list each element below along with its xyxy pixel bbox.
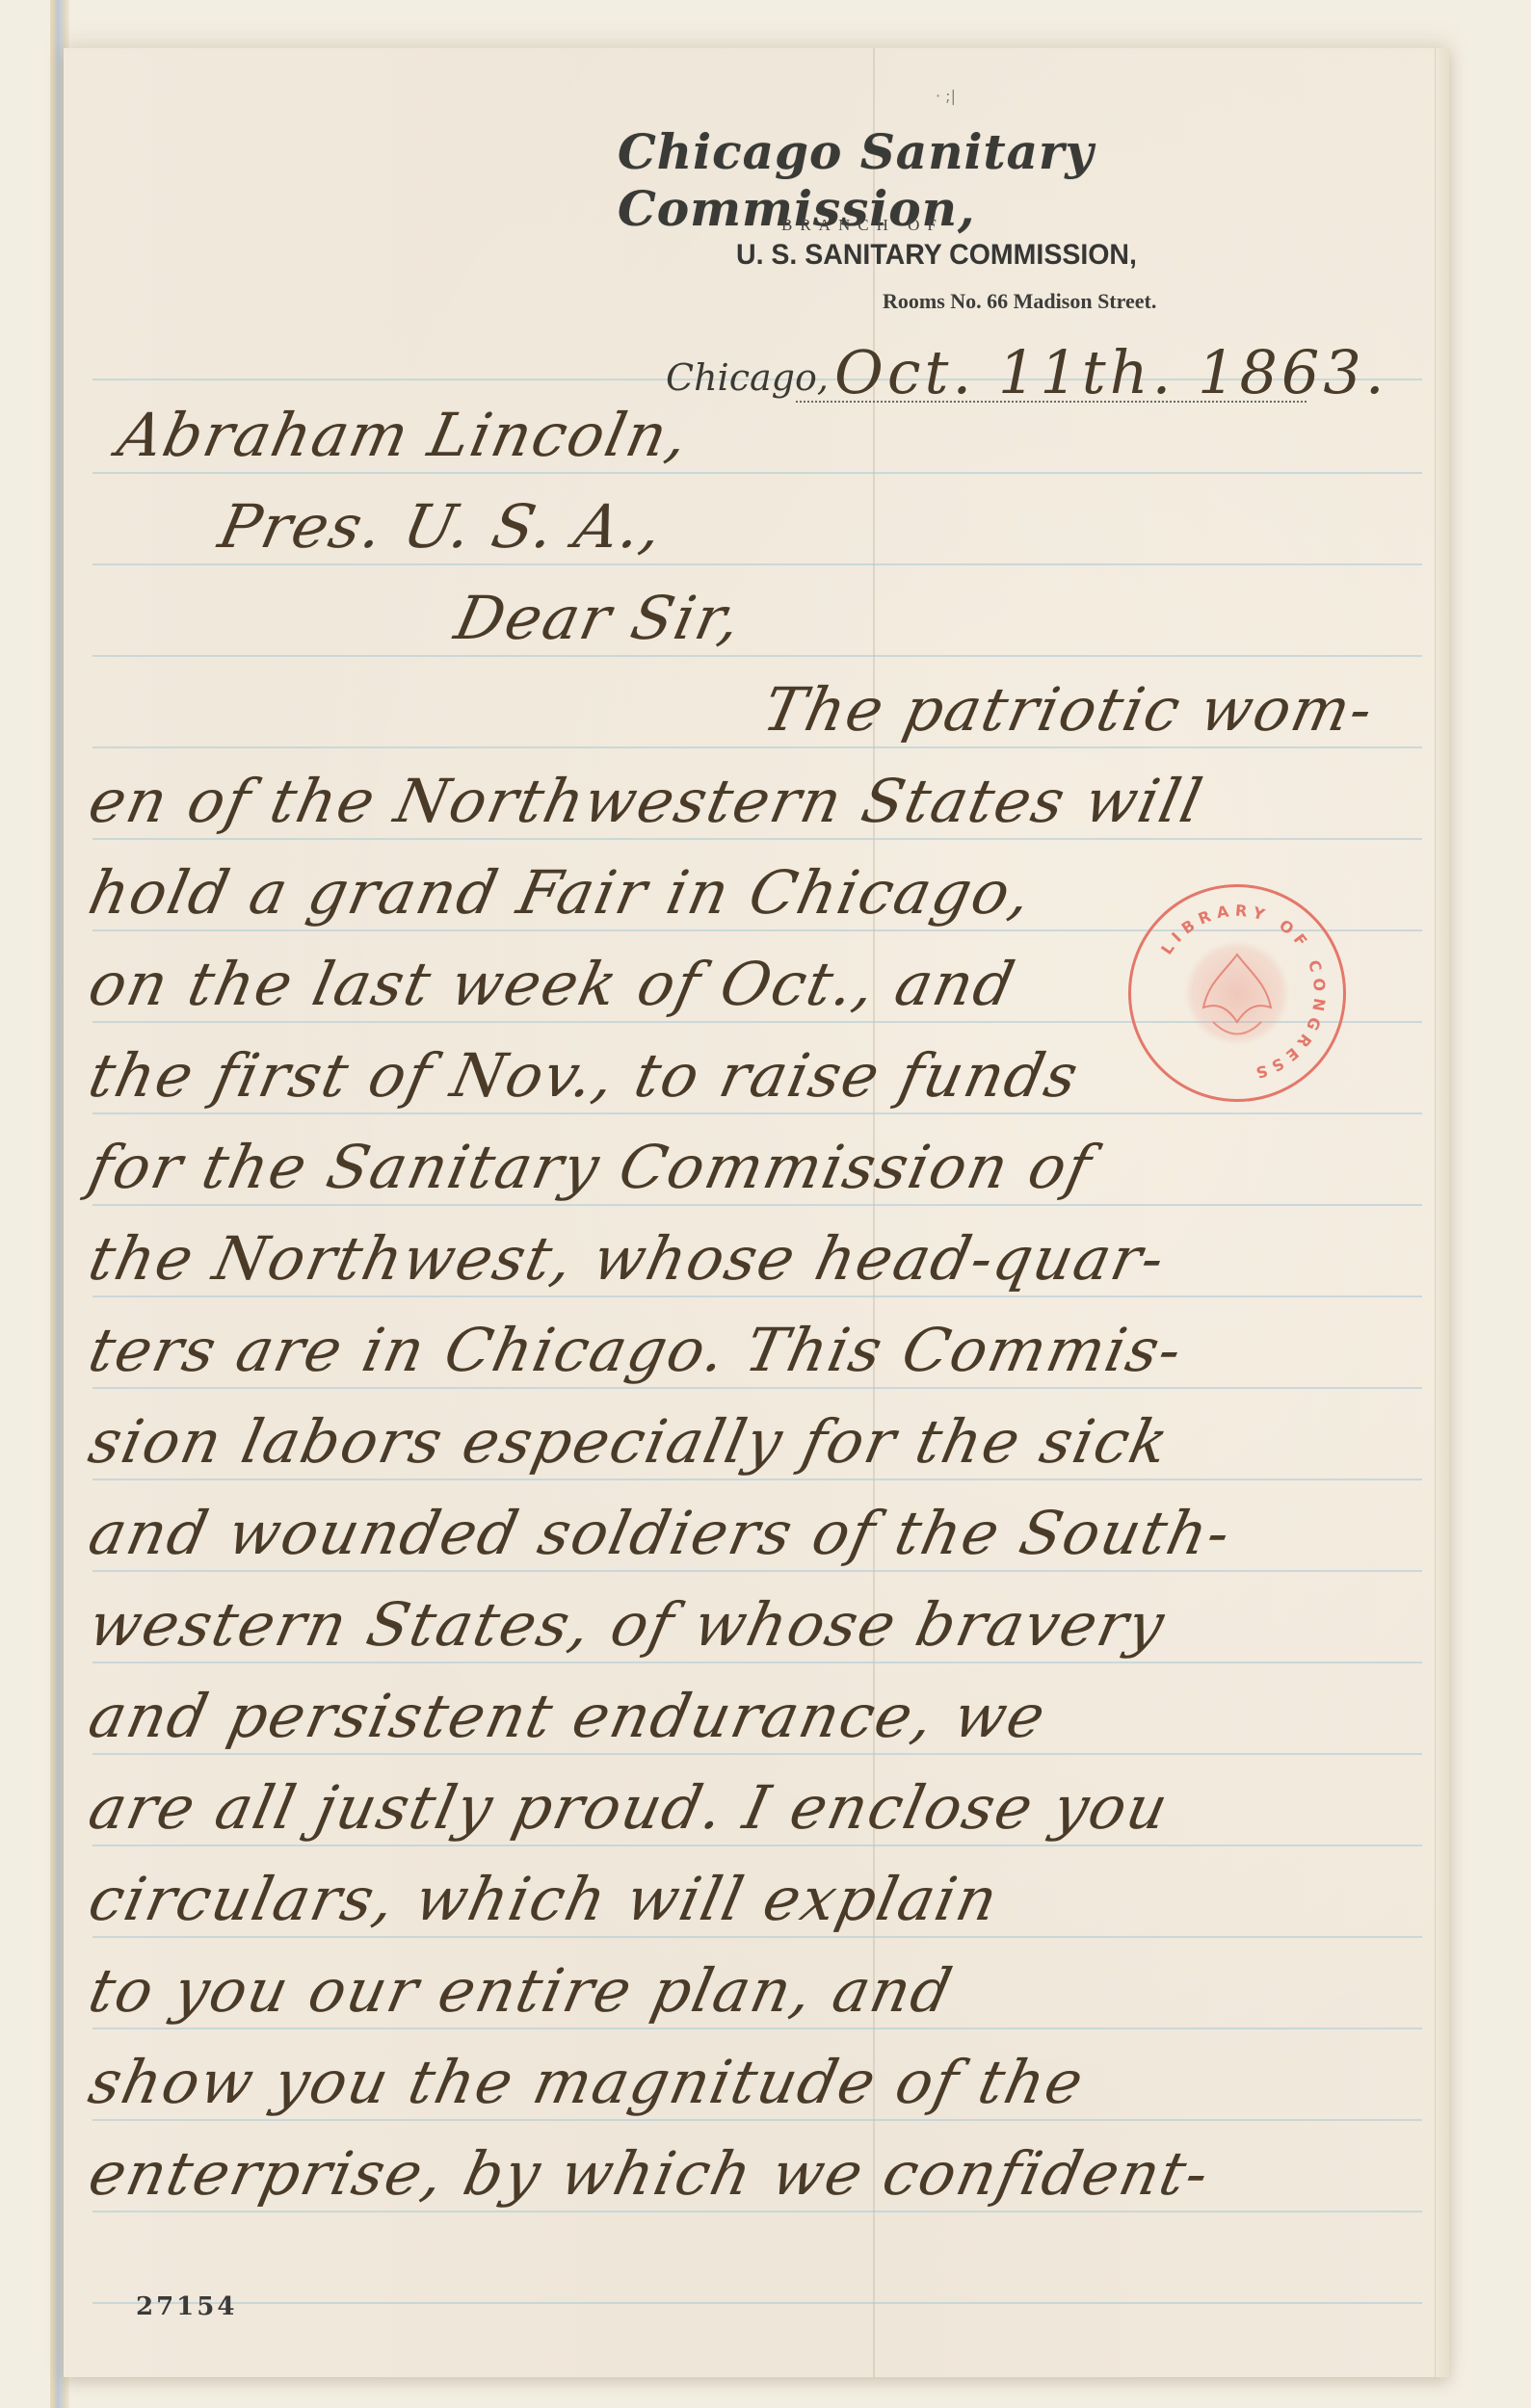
body-line: circulars, which will explain — [83, 1864, 1005, 1934]
body-line: and persistent endurance, we — [83, 1681, 1053, 1751]
ruled-line — [92, 2211, 1422, 2212]
letterhead-parent-org: U. S. SANITARY COMMISSION, — [736, 239, 1137, 272]
ruled-line — [92, 655, 1422, 657]
body-line: the Northwest, whose head-quar- — [83, 1223, 1173, 1294]
ruled-line — [92, 1936, 1422, 1938]
body-line: sion labors especially for the sick — [83, 1406, 1176, 1477]
accession-number: 27154 — [136, 2292, 237, 2321]
ruled-line — [92, 1845, 1422, 1846]
body-line: hold a grand Fair in Chicago, — [83, 857, 1039, 928]
ruled-line — [92, 563, 1422, 565]
ruled-line — [92, 1296, 1422, 1297]
dateline-city: Chicago, — [666, 356, 829, 399]
body-line: enterprise, by which we confident- — [83, 2138, 1216, 2209]
letterhead-address: Rooms No. 66 Madison Street. — [883, 289, 1156, 314]
body-line: on the last week of Oct., and — [83, 949, 1022, 1019]
body-line: ters are in Chicago. This Commis- — [83, 1315, 1190, 1385]
body-line: for the Sanitary Commission of — [83, 1132, 1099, 1202]
ruled-line — [92, 1753, 1422, 1755]
ruled-line — [92, 1662, 1422, 1663]
ruled-line — [92, 1112, 1422, 1114]
salutation-addressee: Abraham Lincoln, — [112, 400, 696, 470]
letterhead-branch-label: BRANCH OF — [781, 216, 944, 235]
ruled-line — [92, 1479, 1422, 1480]
dateline-date: Oct. 11th. 1863. — [834, 337, 1388, 407]
svg-text:LIBRARY OF CONGRESS: LIBRARY OF CONGRESS — [1157, 902, 1329, 1084]
letterhead-title: Chicago Sanitary Commission, — [618, 123, 1446, 237]
ruled-line — [92, 2302, 1422, 2304]
dateline: Chicago, Oct. 11th. 1863. — [666, 337, 1531, 424]
body-line: are all justly proud. I enclose you — [83, 1772, 1175, 1843]
ruled-line — [92, 746, 1422, 748]
salutation-title: Pres. U. S. A., — [213, 491, 671, 562]
body-line: show you the magnitude of the — [83, 2047, 1091, 2117]
pencil-marks: · ;| — [936, 87, 956, 105]
salutation-greeting: Dear Sir, — [449, 583, 749, 653]
body-line: The patriotic wom- — [757, 674, 1381, 745]
body-line: en of the Northwestern States will — [83, 766, 1210, 836]
letter-sheet: · ;| Chicago Sanitary Commission, BRANCH… — [64, 48, 1449, 2377]
body-line: the first of Nov., to raise funds — [83, 1040, 1086, 1111]
ruled-line — [92, 1387, 1422, 1389]
ruled-line — [92, 1204, 1422, 1206]
ruled-line — [92, 1570, 1422, 1572]
body-line: and wounded soldiers of the South- — [83, 1498, 1238, 1568]
ruled-line — [92, 2119, 1422, 2121]
body-line: western States, of whose bravery — [83, 1589, 1172, 1660]
ruled-line — [92, 838, 1422, 840]
library-of-congress-stamp: LIBRARY OF CONGRESS — [1128, 884, 1346, 1102]
stamp-ring-text: LIBRARY OF CONGRESS — [1131, 887, 1343, 1099]
body-line: to you our entire plan, and — [83, 1955, 960, 2026]
ruled-line — [92, 2028, 1422, 2029]
ruled-line — [92, 472, 1422, 474]
